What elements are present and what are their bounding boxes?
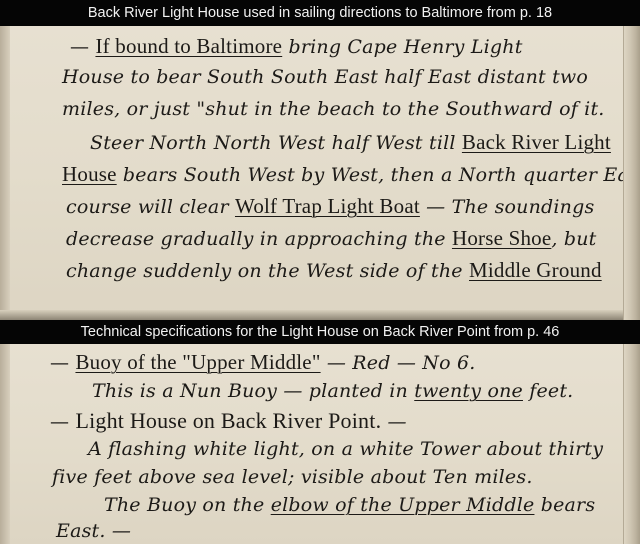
manuscript-page-18: — If bound to Baltimore bring Cape Henry…: [0, 26, 640, 320]
caption-top-text: Back River Light House used in sailing d…: [88, 5, 552, 21]
p18-line-2: House to bear South South East half East…: [62, 66, 588, 88]
caption-top: Back River Light House used in sailing d…: [0, 0, 640, 26]
p18-line-7: decrease gradually in approaching the Ho…: [66, 226, 597, 251]
manuscript-page-46: — Buoy of the "Upper Middle" — Red — No …: [0, 344, 640, 544]
p46-line-4: A flashing white light, on a white Tower…: [88, 438, 603, 460]
p46-line-5: five feet above sea level; visible about…: [52, 466, 533, 488]
heading-light-house-back-river-point: Light House on Back River Point.: [75, 408, 381, 433]
p18-line-6: course will clear Wolf Trap Light Boat —…: [66, 194, 594, 219]
page-bottom-edge: [0, 310, 640, 320]
p46-line-6: The Buoy on the elbow of the Upper Middl…: [104, 494, 595, 516]
p18-line-5: House bears South West by West, then a N…: [62, 162, 640, 187]
p18-line-1: — If bound to Baltimore bring Cape Henry…: [70, 34, 523, 59]
p46-line-7: East. —: [56, 520, 131, 542]
caption-bottom-text: Technical specifications for the Light H…: [81, 324, 560, 340]
p18-line-4: Steer North North West half West till Ba…: [90, 130, 611, 155]
p46-line-3: — Light House on Back River Point. —: [50, 408, 407, 434]
p18-line-8: change suddenly on the West side of the …: [66, 258, 602, 283]
heading-if-bound-to-baltimore: If bound to Baltimore: [95, 34, 282, 58]
p18-line-3: miles, or just "shut in the beach to the…: [62, 98, 605, 120]
p46-line-2: This is a Nun Buoy — planted in twenty o…: [92, 380, 573, 402]
caption-bottom: Technical specifications for the Light H…: [0, 320, 640, 344]
p46-line-1: — Buoy of the "Upper Middle" — Red — No …: [50, 350, 476, 375]
